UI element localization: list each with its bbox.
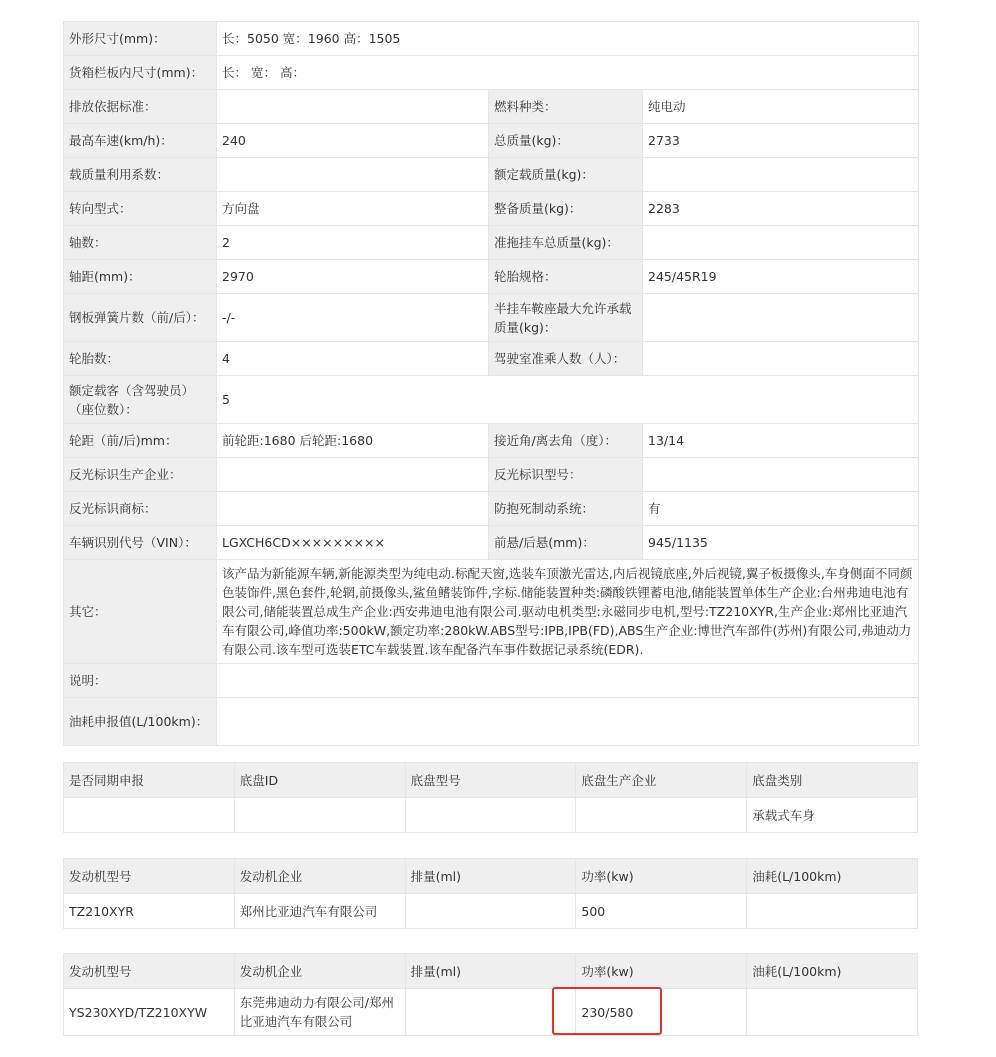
spec-value: 前轮距:1680 后轮距:1680 [217,424,489,458]
spec-row: 轮距（前/后)mm：前轮距:1680 后轮距:1680接近角/离去角（度）：13… [64,424,919,458]
column-header: 功率(kw) [576,859,747,894]
engine2-header-row: 发动机型号发动机企业排量(ml)功率(kw)油耗(L/100km) [64,954,918,989]
spec-row: 轮胎数：4驾驶室准乘人数（人）： [64,342,919,376]
spec-label: 驾驶室准乘人数（人）： [489,342,643,376]
spec-row: 载质量利用系数：额定载质量(kg)： [64,158,919,192]
spec-value: 5 [217,376,919,424]
table-cell [405,989,576,1036]
spec-value: 2970 [217,260,489,294]
table-cell: TZ210XYR [64,894,235,929]
spec-label: 车辆识别代号（VIN）： [64,526,217,560]
table-row: TZ210XYR郑州比亚迪汽车有限公司500 [64,894,918,929]
spec-label: 外形尺寸(mm)： [64,22,217,56]
spec-label: 半挂车鞍座最大允许承载质量(kg)： [489,294,643,342]
spec-value [643,458,919,492]
spec-value [217,458,489,492]
spec-value: LGXCH6CD××××××××× [217,526,489,560]
spec-label: 轮距（前/后)mm： [64,424,217,458]
column-header: 底盘类别 [747,763,918,798]
spec-row: 最高车速(km/h)：240总质量(kg)：2733 [64,124,919,158]
spec-value: 240 [217,124,489,158]
table-cell [405,894,576,929]
column-header: 发动机企业 [234,859,405,894]
column-header: 油耗(L/100km) [747,954,918,989]
spec-value: -/- [217,294,489,342]
spec-value: 13/14 [643,424,919,458]
spec-label: 说明： [64,664,217,698]
spec-value: 2733 [643,124,919,158]
spec-label: 防抱死制动系统： [489,492,643,526]
column-header: 油耗(L/100km) [747,859,918,894]
spec-label: 接近角/离去角（度）： [489,424,643,458]
spec-row: 其它：该产品为新能源车辆,新能源类型为纯电动.标配天窗,选装车顶激光雷达,内后视… [64,560,919,664]
spec-value [217,492,489,526]
table-cell: 500 [576,894,747,929]
column-header: 底盘生产企业 [576,763,747,798]
spec-row: 转向型式：方向盘整备质量(kg)：2283 [64,192,919,226]
column-header: 发动机型号 [64,954,235,989]
table-cell: 郑州比亚迪汽车有限公司 [234,894,405,929]
spec-label: 排放依据标准： [64,90,217,124]
spec-label: 准拖挂车总质量(kg)： [489,226,643,260]
table-row: YS230XYD/TZ210XYW东莞弗迪动力有限公司/郑州比亚迪汽车有限公司2… [64,989,918,1036]
table-cell [234,798,405,833]
spec-label: 轮胎规格： [489,260,643,294]
table-row: 承载式车身 [64,798,918,833]
spec-value: 4 [217,342,489,376]
spec-value [217,698,919,746]
engine1-header-row: 发动机型号发动机企业排量(ml)功率(kw)油耗(L/100km) [64,859,918,894]
spec-value [643,294,919,342]
column-header: 排量(ml) [405,859,576,894]
spec-value: 2 [217,226,489,260]
spec-label: 其它： [64,560,217,664]
spec-label: 最高车速(km/h)： [64,124,217,158]
chassis-table: 是否同期申报底盘ID底盘型号底盘生产企业底盘类别 承载式车身 [63,762,918,833]
spec-label: 轴距(mm)： [64,260,217,294]
spec-label: 油耗申报值(L/100km)： [64,698,217,746]
spec-label: 整备质量(kg)： [489,192,643,226]
spec-label: 钢板弹簧片数（前/后）： [64,294,217,342]
table-cell [576,798,747,833]
column-header: 功率(kw) [576,954,747,989]
column-header: 底盘ID [234,763,405,798]
spec-label: 总质量(kg)： [489,124,643,158]
spec-value: 长：5050 宽：1960 高：1505 [217,22,919,56]
spec-value [643,226,919,260]
table-cell: 东莞弗迪动力有限公司/郑州比亚迪汽车有限公司 [234,989,405,1036]
column-header: 是否同期申报 [64,763,235,798]
spec-label: 轴数： [64,226,217,260]
column-header: 底盘型号 [405,763,576,798]
spec-row: 轴数：2准拖挂车总质量(kg)： [64,226,919,260]
spec-value [217,664,919,698]
spec-row: 外形尺寸(mm)：长：5050 宽：1960 高：1505 [64,22,919,56]
spec-label: 反光标识型号： [489,458,643,492]
engine-table-1: 发动机型号发动机企业排量(ml)功率(kw)油耗(L/100km) TZ210X… [63,858,918,929]
chassis-header-row: 是否同期申报底盘ID底盘型号底盘生产企业底盘类别 [64,763,918,798]
column-header: 发动机企业 [234,954,405,989]
table-cell: 承载式车身 [747,798,918,833]
spec-label: 燃料种类： [489,90,643,124]
spec-value: 2283 [643,192,919,226]
spec-row: 额定载客（含驾驶员）（座位数）：5 [64,376,919,424]
spec-row: 反光标识商标：防抱死制动系统：有 [64,492,919,526]
spec-value: 945/1135 [643,526,919,560]
vehicle-spec-table: 外形尺寸(mm)：长：5050 宽：1960 高：1505货箱栏板内尺寸(mm)… [63,21,919,746]
spec-value [643,158,919,192]
spec-row: 车辆识别代号（VIN）：LGXCH6CD×××××××××前悬/后悬(mm)：9… [64,526,919,560]
engine-table-2: 发动机型号发动机企业排量(ml)功率(kw)油耗(L/100km) YS230X… [63,953,918,1036]
table-cell [747,894,918,929]
spec-row: 油耗申报值(L/100km)： [64,698,919,746]
column-header: 排量(ml) [405,954,576,989]
spec-label: 载质量利用系数： [64,158,217,192]
spec-value: 长： 宽： 高： [217,56,919,90]
spec-row: 货箱栏板内尺寸(mm)：长： 宽： 高： [64,56,919,90]
table-cell [747,989,918,1036]
spec-row: 排放依据标准：燃料种类：纯电动 [64,90,919,124]
spec-label: 额定载客（含驾驶员）（座位数）： [64,376,217,424]
spec-label: 轮胎数： [64,342,217,376]
spec-value [643,342,919,376]
spec-label: 反光标识生产企业： [64,458,217,492]
spec-value [217,90,489,124]
table-cell [64,798,235,833]
spec-label: 前悬/后悬(mm)： [489,526,643,560]
spec-value: 方向盘 [217,192,489,226]
spec-row: 轴距(mm)：2970轮胎规格：245/45R19 [64,260,919,294]
table-cell: YS230XYD/TZ210XYW [64,989,235,1036]
spec-label: 转向型式： [64,192,217,226]
column-header: 发动机型号 [64,859,235,894]
spec-value: 245/45R19 [643,260,919,294]
spec-value: 有 [643,492,919,526]
table-cell [405,798,576,833]
spec-row: 反光标识生产企业：反光标识型号： [64,458,919,492]
spec-value: 纯电动 [643,90,919,124]
spec-row: 说明： [64,664,919,698]
power-highlight-annotation [552,987,662,1035]
spec-label: 货箱栏板内尺寸(mm)： [64,56,217,90]
spec-label: 额定载质量(kg)： [489,158,643,192]
spec-value: 该产品为新能源车辆,新能源类型为纯电动.标配天窗,选装车顶激光雷达,内后视镜底座… [217,560,919,664]
spec-label: 反光标识商标： [64,492,217,526]
spec-value [217,158,489,192]
spec-row: 钢板弹簧片数（前/后）：-/-半挂车鞍座最大允许承载质量(kg)： [64,294,919,342]
